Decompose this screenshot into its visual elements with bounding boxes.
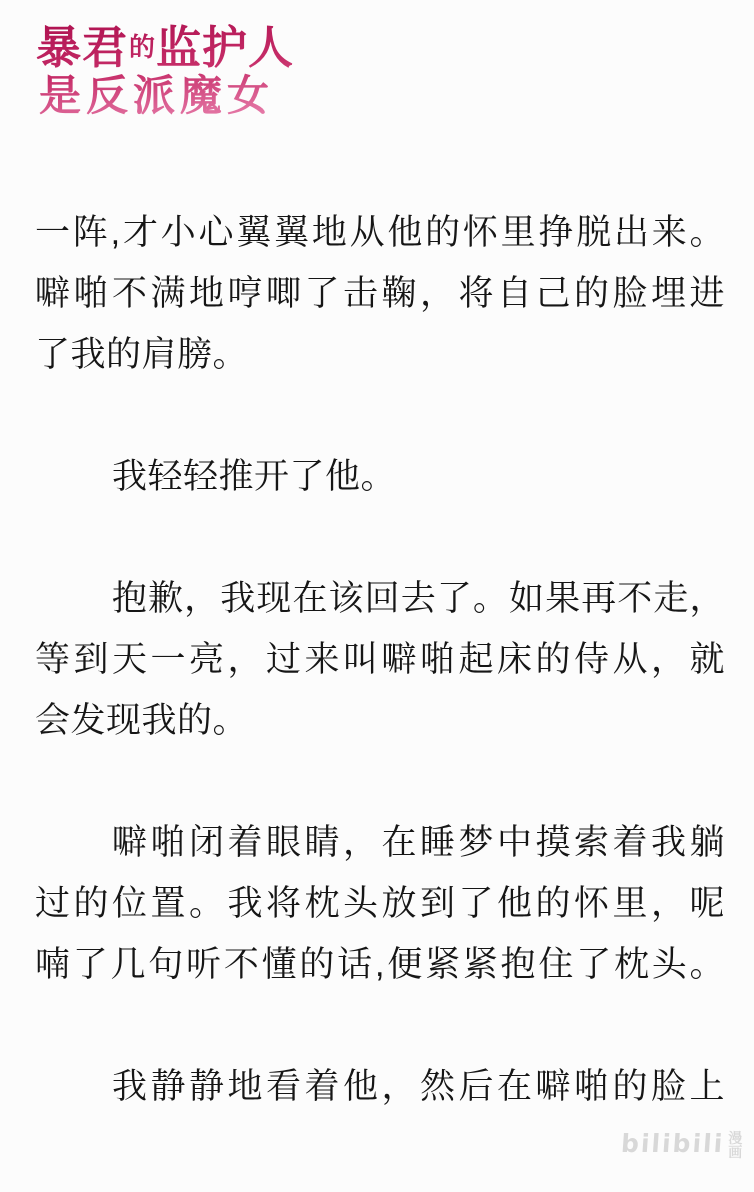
bilibili-watermark: bilibili 漫 画 (621, 1128, 742, 1160)
text-line: 了我的肩膀。 (35, 324, 725, 385)
logo-text-part: 监护人 (156, 23, 294, 73)
text-line: 等到天一亮，过来叫噼啪起床的侍从，就 (35, 629, 725, 690)
text-line: 我静静地看着他，然后在噼啪的脸上 (35, 1056, 725, 1117)
text-line: 一阵,才小心翼翼地从他的怀里挣脱出来。 (35, 202, 725, 263)
series-title-logo: 暴君的监护人 是反派魔女 (36, 22, 294, 120)
novel-text: 一阵,才小心翼翼地从他的怀里挣脱出来。噼啪不满地哼唧了击鞠，将自己的脸埋进了我的… (35, 202, 725, 1117)
series-title-line2: 是反派魔女 (36, 74, 294, 120)
logo-text-part-small: 的 (129, 33, 155, 62)
bilibili-logo-text: bilibili (620, 1128, 725, 1160)
text-line: 喃了几句听不懂的话,便紧紧抱住了枕头。 (35, 934, 725, 995)
text-line: 我轻轻推开了他。 (35, 446, 725, 507)
text-line: 抱歉，我现在该回去了。如果再不走， (35, 568, 725, 629)
series-title-line1: 暴君的监护人 (36, 22, 294, 74)
manga-novel-page: 暴君的监护人 是反派魔女 一阵,才小心翼翼地从他的怀里挣脱出来。噼啪不满地哼唧了… (0, 0, 754, 1192)
text-line: 噼啪不满地哼唧了击鞠，将自己的脸埋进 (35, 263, 725, 324)
watermark-manhua-label: 漫 画 (728, 1131, 742, 1159)
text-line: 过的位置。我将枕头放到了他的怀里，呢 (35, 873, 725, 934)
text-line: 会发现我的。 (35, 690, 725, 751)
watermark-char: 画 (728, 1145, 742, 1159)
watermark-char: 漫 (728, 1131, 742, 1145)
text-line: 噼啪闭着眼睛，在睡梦中摸索着我躺 (35, 812, 725, 873)
logo-text-part: 暴君 (36, 23, 128, 73)
